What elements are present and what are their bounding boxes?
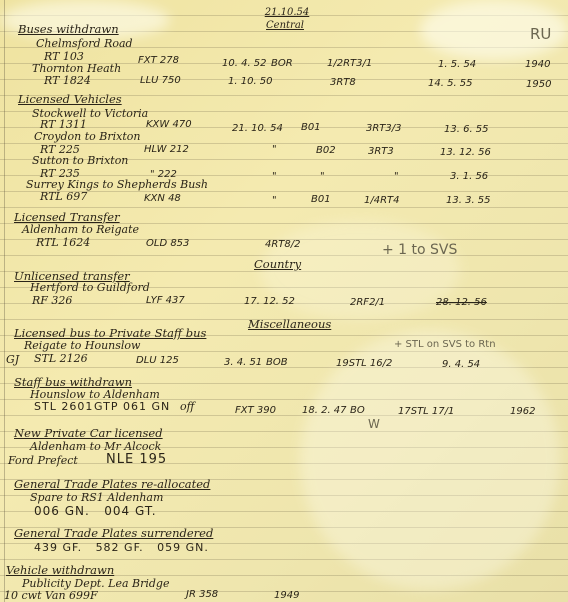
registration: LYF 437 [146, 294, 185, 307]
garage: BO [350, 404, 365, 417]
code: 1/4RT4 [364, 194, 400, 207]
entry-date: 10. 4. 52 [222, 57, 267, 70]
registration: NLE 195 [106, 453, 167, 466]
fleet-number: FXT 390 [235, 404, 276, 417]
margin-note-svs: + 1 to SVS [382, 244, 457, 257]
route-name: Aldenham to Reigate [22, 223, 139, 236]
registration: KXW 470 [146, 118, 192, 131]
vehicle: 10 cwt Van 699F [4, 589, 98, 602]
year: 1949 [274, 589, 299, 602]
entry-date: 21. 10. 54 [232, 122, 283, 135]
entry-date: 17. 12. 52 [244, 295, 295, 308]
registration: OLD 853 [146, 237, 189, 250]
registration: FXT 278 [138, 54, 179, 67]
entry-date: " [272, 170, 277, 183]
garage: BOR [271, 57, 293, 70]
registration: DLU 125 [136, 354, 179, 367]
entry-date: 1. 10. 50 [228, 75, 273, 88]
trade-plates: 006 GN. 004 GT. [34, 505, 157, 518]
year: 1950 [526, 78, 551, 91]
withdrawn-date: 13. 12. 56 [440, 146, 491, 159]
section-title: Buses withdrawn [18, 23, 119, 36]
section-title: New Private Car licensed [14, 427, 163, 440]
withdrawn-date: 9. 4. 54 [442, 358, 480, 371]
code: " [394, 170, 399, 183]
corner-mark: RU [530, 28, 551, 41]
code: 17STL 17/1 [398, 405, 454, 418]
registration: KXN 48 [144, 192, 181, 205]
page-date: 21.10.54 [257, 6, 317, 19]
garage: B02 [316, 144, 336, 157]
garage: B01 [301, 121, 321, 134]
margin-note-stl: + STL on SVS to Rtn [394, 338, 496, 351]
withdrawn-date: 14. 5. 55 [428, 77, 473, 90]
vehicle-model: Ford Prefect [8, 454, 78, 467]
code: 4RT8/2 [265, 238, 301, 251]
code: 3RT3 [368, 145, 394, 158]
entry-date: " [272, 143, 277, 156]
registration: HLW 212 [144, 143, 189, 156]
code: 2RF2/1 [350, 296, 385, 309]
code: 3RT8 [330, 76, 356, 89]
route-code: STL 2601 [34, 400, 93, 413]
code: 1/2RT3/1 [327, 57, 372, 70]
garage: BOB [266, 356, 288, 369]
route-name: Hertford to Guildford [30, 281, 150, 294]
route-code: RTL 697 [40, 190, 87, 203]
page-heading: Central [253, 19, 317, 32]
code: 19STL 16/2 [336, 357, 392, 370]
margin-line [4, 0, 5, 602]
subheading: Country [254, 258, 301, 271]
entry-date: " [272, 194, 277, 207]
registration: GTP 061 GN [94, 400, 170, 413]
route-name: Sutton to Brixton [32, 154, 128, 167]
registration-suffix: off [180, 400, 194, 413]
withdrawn-date: 3. 1. 56 [450, 170, 488, 183]
ledger-page: 21.10.54 Central RU Buses withdrawn Chel… [0, 0, 568, 602]
withdrawn-date-struck: 28. 12. 56 [436, 296, 487, 309]
section-title: Licensed Vehicles [18, 93, 122, 106]
withdrawn-date: 1. 5. 54 [438, 58, 476, 71]
route-code: RF 326 [32, 294, 72, 307]
entry-date: 3. 4. 51 [224, 356, 262, 369]
route-code: STL 2126 [34, 352, 88, 365]
garage: B01 [311, 193, 331, 206]
withdrawn-date: 13. 6. 55 [444, 123, 489, 136]
allocation: Spare to RS1 Aldenham [30, 491, 163, 504]
withdrawn-date: 13. 3. 55 [446, 194, 491, 207]
registration: LLU 750 [140, 74, 181, 87]
route-name: Croydon to Brixton [34, 130, 141, 143]
section-title: Vehicle withdrawn [6, 564, 114, 577]
registration: JR 358 [186, 588, 218, 601]
trade-plates: 439 GF. 582 GF. 059 GN. [34, 541, 209, 554]
route-name: Reigate to Hounslow [24, 339, 140, 352]
section-title: General Trade Plates re-allocated [14, 478, 210, 491]
year: 1962 [510, 405, 535, 418]
subheading: Miscellaneous [248, 318, 331, 331]
section-title: General Trade Plates surrendered [14, 527, 213, 540]
prefix: GJ [6, 353, 19, 366]
entry-date: 18. 2. 47 [302, 404, 347, 417]
garage: " [320, 170, 325, 183]
route-name: Chelmsford Road [36, 37, 133, 50]
note-w: W [368, 418, 380, 431]
code: 3RT3/3 [366, 122, 402, 135]
route-code: RT 1824 [44, 74, 91, 87]
route-code: RTL 1624 [36, 236, 90, 249]
year: 1940 [525, 58, 550, 71]
